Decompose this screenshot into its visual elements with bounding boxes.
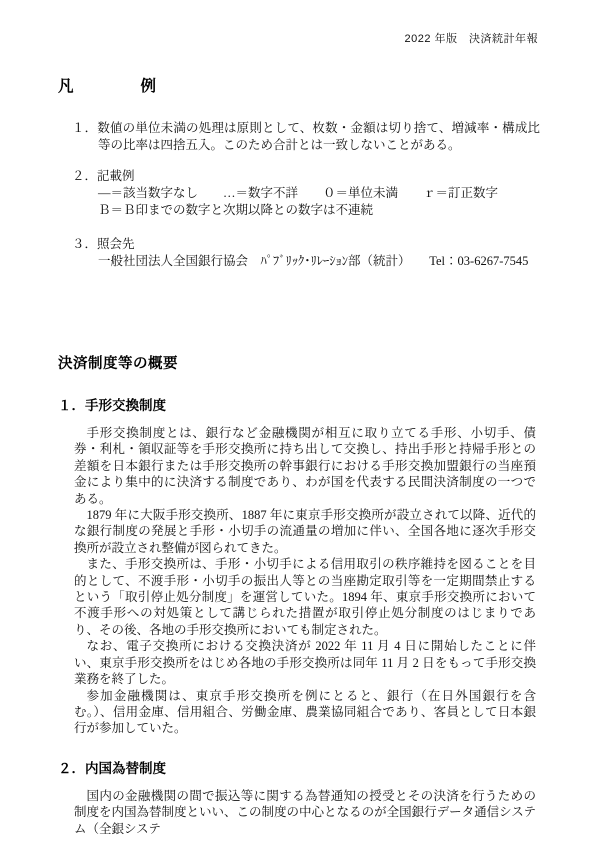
section-2-heading: ２．内国為替制度 xyxy=(58,757,538,777)
body-paragraph: 1879 年に大阪手形交換所、1887 年に東京手形交換所が設立されて以降、近代… xyxy=(74,507,536,556)
legend-item-3-title: 照会先 xyxy=(97,237,135,251)
legend-item-2-b-mark-line: Ｂ＝Ｂ印までの数字と次期以降との数字は不連続 xyxy=(72,202,540,219)
body-paragraph: 手形交換制度とは、銀行など金融機関が相互に取り立てる手形、小切手、債券・利札・領… xyxy=(74,425,536,507)
section-bill-clearing-system: １．手形交換制度 手形交換制度とは、銀行など金融機関が相互に取り立てる手形、小切… xyxy=(58,394,538,737)
legend-item-2-notation-line: ―＝該当数字なし …＝数字不詳 ０＝単位未満 ｒ＝訂正数字 xyxy=(72,185,540,202)
body-paragraph: また、手形交換所は、手形・小切手による信用取引の秩序維持を図ることを目的として、… xyxy=(74,556,536,638)
body-paragraph: 国内の金融機関の間で振込等に関する為替通知の授受とその決済を行うための制度を内国… xyxy=(74,788,536,837)
section-1-body: 手形交換制度とは、銀行など金融機関が相互に取り立てる手形、小切手、債券・利札・領… xyxy=(74,425,536,737)
page-header: 2022 年版 決済統計年報 xyxy=(58,30,538,46)
legend-item-3: ３．照会先 一般社団法人全国銀行協会 ﾊﾟﾌﾞﾘｯｸ･ﾘﾚｰｼｮﾝ部（統計） T… xyxy=(72,236,540,270)
legend-item-3-contact-line: 一般社団法人全国銀行協会 ﾊﾟﾌﾞﾘｯｸ･ﾘﾚｰｼｮﾝ部（統計） Tel：03-… xyxy=(72,253,540,270)
legend-item-2-number: ２． xyxy=(72,169,97,183)
legend-item-1-text: 数値の単位未満の処理は原則として、枚数・金額は切り捨て、増減率・構成比等の比率は… xyxy=(97,121,540,152)
legend-item-2: ２．記載例 ―＝該当数字なし …＝数字不詳 ０＝単位未満 ｒ＝訂正数字 Ｂ＝Ｂ印… xyxy=(72,168,540,219)
section-2-body: 国内の金融機関の間で振込等に関する為替通知の授受とその決済を行うための制度を内国… xyxy=(74,788,536,837)
legend-item-2-title: 記載例 xyxy=(97,169,135,183)
legend-item-1: １．数値の単位未満の処理は原則として、枚数・金額は切り捨て、増減率・構成比等の比… xyxy=(72,120,540,154)
legend-item-1-number: １． xyxy=(72,121,97,135)
legend-item-3-number: ３． xyxy=(72,237,97,251)
section-domestic-exchange-system: ２．内国為替制度 国内の金融機関の間で振込等に関する為替通知の授受とその決済を行… xyxy=(58,757,538,837)
body-paragraph: なお、電子交換所における交換決済が 2022 年 11 月 4 日に開始したこと… xyxy=(74,638,536,687)
legend-items: １．数値の単位未満の処理は原則として、枚数・金額は切り捨て、増減率・構成比等の比… xyxy=(58,120,538,270)
legend-title: 凡 例 xyxy=(58,74,538,96)
overview-title: 決済制度等の概要 xyxy=(58,352,538,373)
body-paragraph: 参加金融機関は、東京手形交換所を例にとると、銀行（在日外国銀行を含む。）、信用金… xyxy=(74,688,536,737)
document-page: 2022 年版 決済統計年報 凡 例 １．数値の単位未満の処理は原則として、枚数… xyxy=(0,0,595,842)
section-1-heading: １．手形交換制度 xyxy=(58,394,538,414)
